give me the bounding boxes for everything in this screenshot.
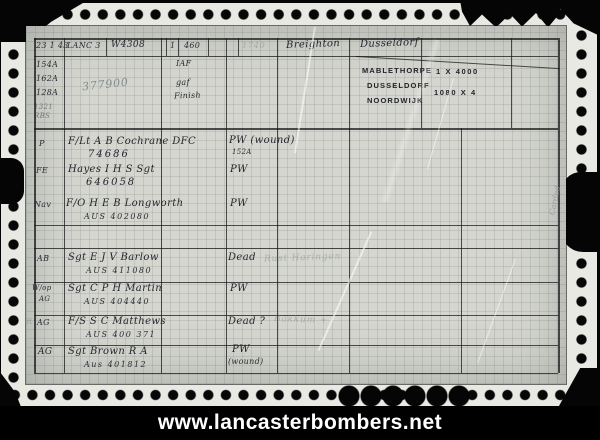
film-blotch-right-middle xyxy=(561,172,600,252)
ref-code: 128A xyxy=(36,88,58,97)
table-line xyxy=(106,38,107,56)
crew-role: Nav xyxy=(34,200,51,209)
crew-fate: PW xyxy=(232,344,250,355)
film-blotch-left-middle xyxy=(0,158,24,204)
watermark-url: www.lancasterbombers.net xyxy=(158,411,442,435)
marking: gaf xyxy=(176,78,190,87)
crew-role: AG xyxy=(37,318,50,327)
crew-number: 646058 xyxy=(86,177,136,188)
film-blotch-bottom-scallops xyxy=(338,383,470,407)
crew-role: AB xyxy=(37,254,49,263)
table-line xyxy=(349,38,350,373)
crew-number: Aus 401812 xyxy=(84,360,147,369)
crew-name: Sgt E J V Barlow xyxy=(68,252,159,263)
ref-code: 154A xyxy=(36,60,58,69)
crew-name: F/O H E B Longworth xyxy=(66,198,184,209)
header-type: LANC 3 xyxy=(67,41,101,50)
film-scratch xyxy=(477,259,516,363)
film-scratch xyxy=(318,231,373,351)
watermark-bar: www.lancasterbombers.net xyxy=(0,406,600,440)
crew-role: AG xyxy=(38,347,53,357)
table-line xyxy=(238,38,239,56)
crew-name: F/S S C Matthews xyxy=(68,316,166,327)
marking: IAF xyxy=(176,59,191,68)
crew-number: AUS 402080 xyxy=(84,212,150,221)
table-line xyxy=(178,38,179,56)
header-time: 1740 xyxy=(242,41,266,50)
pencil-burial-note: Bakkum + xyxy=(274,314,328,326)
table-line xyxy=(34,373,558,374)
table-line xyxy=(511,38,512,128)
table-line xyxy=(34,128,558,130)
crew-name: F/Lt A B Cochrane DFC xyxy=(68,136,196,147)
bomb-load-line: 1080 X 4 xyxy=(434,88,477,97)
crew-number: AUS 404440 xyxy=(84,297,150,306)
crew-role: P xyxy=(39,139,45,148)
table-line xyxy=(461,128,462,373)
table-line xyxy=(208,38,209,56)
crew-fate: Dead ? xyxy=(228,316,265,327)
marking: Finish xyxy=(174,91,201,101)
crew-name: Hayes I H S Sgt xyxy=(68,164,155,175)
table-line xyxy=(226,38,227,373)
header-target: Dusseldorf xyxy=(360,37,419,50)
header-sortie: 1 xyxy=(170,41,175,50)
crew-fate-note: (wound) xyxy=(228,357,263,366)
film-crease xyxy=(380,39,442,204)
crew-fate: PW (wound) xyxy=(229,135,295,146)
pencil-burial-note: Rust Haringen xyxy=(264,252,341,265)
crew-role: FE xyxy=(36,166,48,175)
record-card: 23 1 43 LANC 3 W4308 1 460 1740 Breighto… xyxy=(26,26,566,384)
ref-code: 162A xyxy=(36,74,58,83)
crew-name: Sgt C P H Martin xyxy=(68,283,162,294)
crew-fate: PW xyxy=(230,198,248,209)
crew-role-2: AG xyxy=(39,295,50,303)
crew-fate: Dead xyxy=(228,252,256,263)
header-date: 23 1 43 xyxy=(36,41,69,50)
ref-code: 1321 xyxy=(34,103,53,111)
header-serial: W4308 xyxy=(111,40,145,50)
crew-number: 74686 xyxy=(88,149,130,160)
microfilm-scan: 23 1 43 LANC 3 W4308 1 460 1740 Breighto… xyxy=(0,0,600,440)
table-line xyxy=(34,225,558,226)
ref-code: RBS xyxy=(34,112,50,120)
pencil-role-mark: R xyxy=(26,317,33,326)
crew-number: AUS 400 371 xyxy=(86,330,156,339)
film-strip-bottom xyxy=(0,384,600,406)
table-line xyxy=(166,38,167,56)
pencil-serial-note: 377900 xyxy=(81,76,129,94)
crew-fate: PW xyxy=(230,164,248,175)
table-line xyxy=(64,38,65,373)
table-line xyxy=(34,248,558,249)
header-squadron: 460 xyxy=(184,41,200,50)
crew-role: W/op xyxy=(32,284,51,292)
bomb-load-line: 1 X 4000 xyxy=(436,67,479,76)
crew-name: Sgt Brown R A xyxy=(68,346,148,357)
crew-fate: PW xyxy=(230,283,248,294)
crew-number: AUS 411080 xyxy=(86,266,152,275)
crew-fate-note: 152A xyxy=(232,148,252,156)
table-line xyxy=(34,56,558,57)
